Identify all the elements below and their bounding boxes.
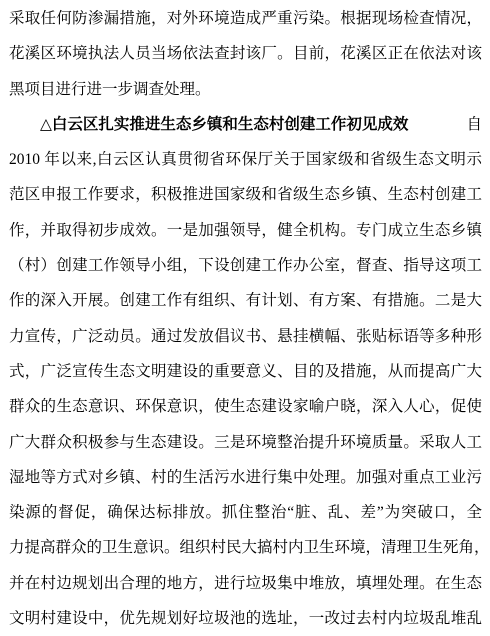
body-text: 湿地等方式对乡镇、村的生活污水进行集中处理。加强对重点工业污 (9, 469, 482, 486)
body-text: 采取任何防渗漏措施，对外环境造成严重污染。根据现场检查情况， (9, 10, 482, 27)
body-text: 自 (466, 107, 482, 142)
body-text: 染源的督促，确保达标排放。抓住整治“脏、乱、差”为突破口，全 (9, 504, 482, 521)
body-text: 黑项目进行进一步调查处理。 (9, 81, 211, 98)
text-line-5: 2010 年以来,白云区认真贯彻省环保厅关于国家级和省级生态文明示 (9, 142, 482, 177)
body-text: 花溪区环境执法人员当场依法查封该厂。目前，花溪区正在依法对该 (9, 45, 482, 62)
text-line-7: 作，并取得初步成效。一是加强领导，健全机构。专门成立生态乡镇 (9, 213, 482, 248)
body-text: 2010 年以来,白云区认真贯彻省环保厅关于国家级和省级生态文明示 (9, 151, 482, 168)
text-line-12: 群众的生态意识、环保意识，使生态建设家喻户晓，深入人心，促使 (9, 389, 482, 424)
text-line-15: 染源的督促，确保达标排放。抓住整治“脏、乱、差”为突破口，全 (9, 495, 482, 530)
body-text: 群众的生态意识、环保意识，使生态建设家喻户晓，深入人心，促使 (9, 398, 482, 415)
body-text: 式，广泛宣传生态文明建设的重要意义、目的及措施，从而提高广大 (9, 363, 482, 380)
text-line-9: 作的深入开展。创建工作有组织、有计划、有方案、有措施。二是大 (9, 283, 482, 318)
document-page: 采取任何防渗漏措施，对外环境造成严重污染。根据现场检查情况，花溪区环境执法人员当… (0, 0, 490, 636)
body-text: 作，并取得初步成效。一是加强领导，健全机构。专门成立生态乡镇 (9, 222, 482, 239)
text-line-4: △白云区扎实推进生态乡镇和生态村创建工作初见成效自 (9, 107, 482, 142)
body-text: 作的深入开展。创建工作有组织、有计划、有方案、有措施。二是大 (9, 292, 482, 309)
text-line-2: 花溪区环境执法人员当场依法查封该厂。目前，花溪区正在依法对该 (9, 36, 482, 71)
text-line-13: 广大群众积极参与生态建设。三是环境整治提升环境质量。采取人工 (9, 425, 482, 460)
text-line-18: 文明村建设中，优先规划好垃圾池的选址，一改过去村内垃圾乱堆乱 (9, 601, 482, 636)
body-text: 力提高群众的卫生意识。组织村民大搞村内卫生环境，清理卫生死角， (9, 539, 490, 556)
text-line-17: 并在村边规划出合理的地方，进行垃圾集中堆放，填埋处理。在生态 (9, 566, 482, 601)
text-line-1: 采取任何防渗漏措施，对外环境造成严重污染。根据现场检查情况， (9, 1, 482, 36)
text-line-16: 力提高群众的卫生意识。组织村民大搞村内卫生环境，清理卫生死角， (9, 530, 482, 565)
body-text: （村）创建工作领导小组，下设创建工作办公室，督查、指导这项工 (9, 257, 482, 274)
text-line-11: 式，广泛宣传生态文明建设的重要意义、目的及措施，从而提高广大 (9, 354, 482, 389)
text-line-3: 黑项目进行进一步调查处理。 (9, 72, 482, 107)
text-line-14: 湿地等方式对乡镇、村的生活污水进行集中处理。加强对重点工业污 (9, 460, 482, 495)
body-text: 广大群众积极参与生态建设。三是环境整治提升环境质量。采取人工 (9, 434, 482, 451)
body-text: 力宣传，广泛动员。通过发放倡议书、悬挂横幅、张贴标语等多种形 (9, 328, 482, 345)
text-line-6: 范区申报工作要求，积极推进国家级和省级生态乡镇、生态村创建工 (9, 177, 482, 212)
document-body: 采取任何防渗漏措施，对外环境造成严重污染。根据现场检查情况，花溪区环境执法人员当… (9, 1, 482, 636)
text-line-8: （村）创建工作领导小组，下设创建工作办公室，督查、指导这项工 (9, 248, 482, 283)
body-text: 并在村边规划出合理的地方，进行垃圾集中堆放，填埋处理。在生态 (9, 575, 482, 592)
text-line-10: 力宣传，广泛动员。通过发放倡议书、悬挂横幅、张贴标语等多种形 (9, 319, 482, 354)
headline-text: △白云区扎实推进生态乡镇和生态村创建工作初见成效 (40, 107, 408, 142)
body-text: 范区申报工作要求，积极推进国家级和省级生态乡镇、生态村创建工 (9, 186, 482, 203)
body-text: 文明村建设中，优先规划好垃圾池的选址，一改过去村内垃圾乱堆乱 (9, 610, 482, 627)
